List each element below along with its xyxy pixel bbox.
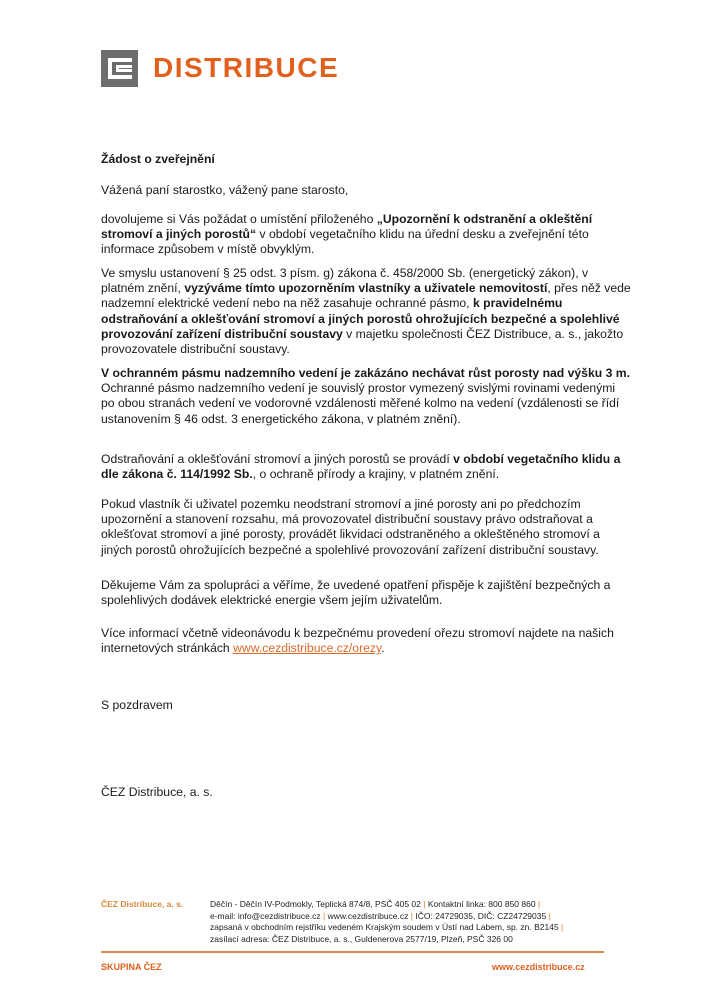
footer-company-name: ČEZ Distribuce, a. s. [101,899,183,909]
footer-line-3: zapsaná v obchodním rejstříku vedeném Kr… [210,922,563,934]
letter-salutation: Vážená paní starostko, vážený pane staro… [101,183,631,198]
paragraph-thanks: Děkujeme Vám za spolupráci a věříme, že … [101,578,631,608]
letter-closing: S pozdravem [101,698,631,713]
footer-website[interactable]: www.cezdistribuce.cz [492,962,585,972]
footer-group-name: SKUPINA ČEZ [101,962,162,972]
footer-contact-info: Děčín - Děčín IV-Podmokly, Teplická 874/… [210,899,563,945]
orezy-link[interactable]: www.cezdistribuce.cz/orezy [233,641,381,655]
paragraph-operator-rights: Pokud vlastník či uživatel pozemku neods… [101,497,631,558]
paragraph-request: dovolujeme si Vás požádat o umístění při… [101,212,631,258]
footer-line-1: Děčín - Děčín IV-Podmokly, Teplická 874/… [210,899,563,911]
paragraph-more-info: Více informací včetně videonávodu k bezp… [101,626,631,656]
letter-signature: ČEZ Distribuce, a. s. [101,785,631,800]
paragraph-protection-zone: V ochranném pásmu nadzemního vedení je z… [101,366,631,427]
paragraph-legal-basis: Ve smyslu ustanovení § 25 odst. 3 písm. … [101,266,631,357]
logo-text: DISTRIBUCE [153,49,339,87]
letter-subject: Žádost o zveřejnění [101,152,631,167]
footer-divider [101,951,604,953]
cez-logo-icon [101,50,138,87]
company-logo: DISTRIBUCE [101,49,339,87]
footer-line-2: e-mail: info@cezdistribuce.cz | www.cezd… [210,911,563,923]
footer-line-4: zasílací adresa: ČEZ Distribuce, a. s., … [210,934,563,946]
paragraph-timing: Odstraňování a oklešťování stromoví a ji… [101,452,631,482]
